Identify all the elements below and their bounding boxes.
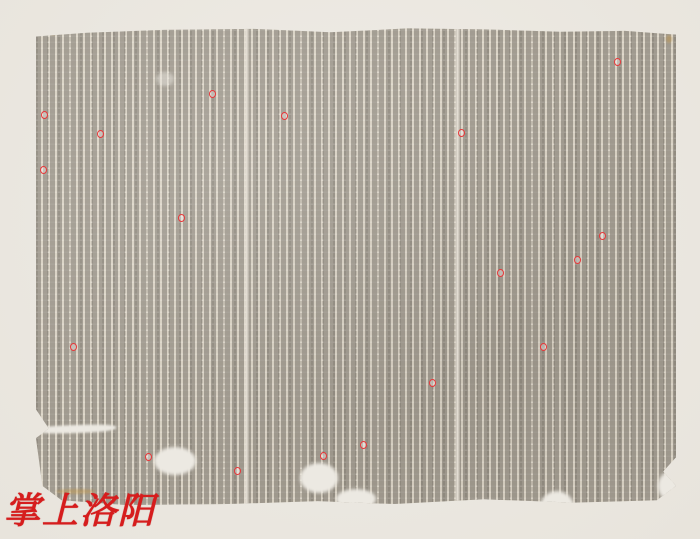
red-circle-mark xyxy=(360,441,367,449)
red-circle-mark xyxy=(145,453,152,461)
paper-tone xyxy=(36,27,676,505)
paper-hole xyxy=(539,491,575,529)
paper-stain xyxy=(50,31,56,35)
red-circle-mark xyxy=(540,343,547,351)
red-circle-mark xyxy=(614,58,621,66)
paper-hole xyxy=(336,489,376,509)
red-circle-mark xyxy=(458,129,465,137)
paper-seam xyxy=(244,27,249,505)
paper-hole xyxy=(300,463,338,493)
paper-hole xyxy=(658,472,680,500)
red-circle-mark xyxy=(234,467,241,475)
red-circle-mark xyxy=(70,343,77,351)
red-circle-mark xyxy=(40,166,47,174)
watermark-text: 掌上洛阳 xyxy=(4,489,156,533)
paper-wear xyxy=(156,72,174,86)
red-circle-mark xyxy=(209,90,216,98)
paper-stain xyxy=(666,35,672,43)
photo-background: 掌上洛阳 xyxy=(0,0,700,539)
red-circle-mark xyxy=(97,130,104,138)
red-circle-mark xyxy=(41,111,48,119)
red-circle-mark xyxy=(281,112,288,120)
red-circle-mark xyxy=(497,269,504,277)
manuscript-paper xyxy=(36,27,676,505)
red-circle-mark xyxy=(429,379,436,387)
paper-hole xyxy=(154,447,196,475)
red-circle-mark xyxy=(599,232,606,240)
red-circle-mark xyxy=(178,214,185,222)
red-circle-mark xyxy=(574,256,581,264)
red-circle-mark xyxy=(320,452,327,460)
paper-seam xyxy=(455,27,460,505)
